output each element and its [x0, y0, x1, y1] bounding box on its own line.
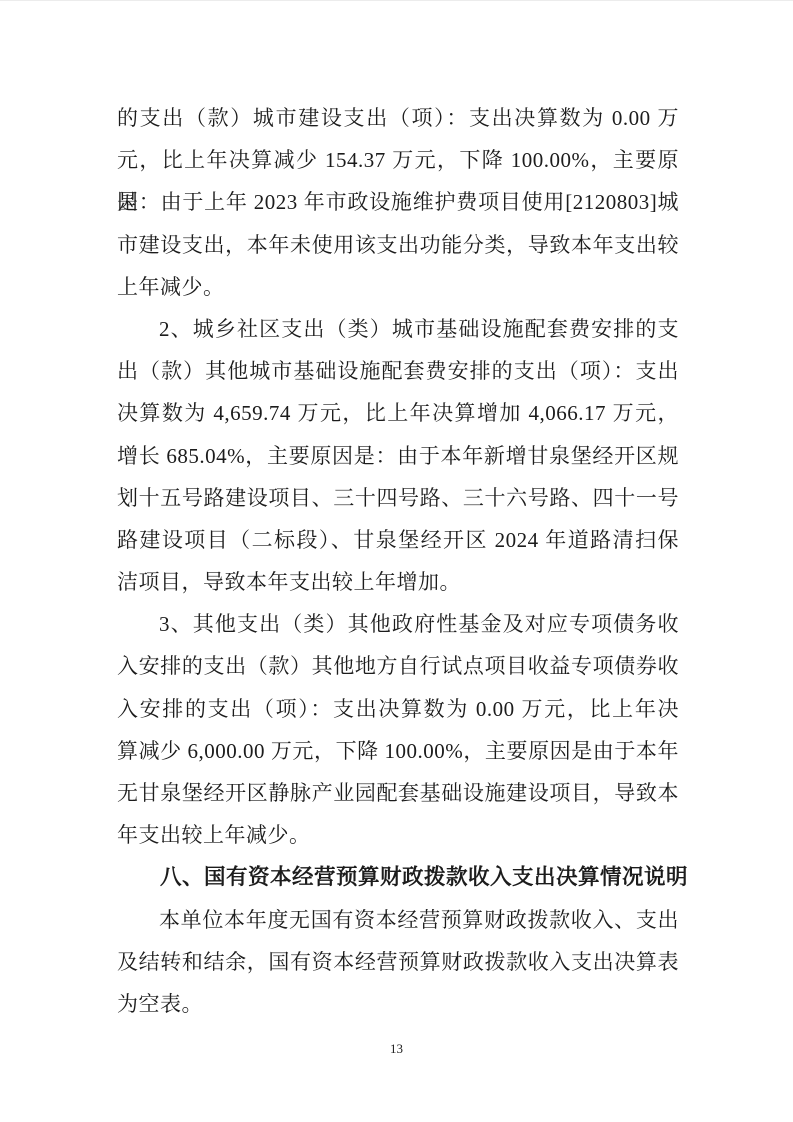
page-number: 13 — [0, 1041, 793, 1057]
text-line: 增长 685.04%，主要原因是：由于本年新增甘泉堡经开区规 — [117, 435, 679, 477]
text-line: 是：由于上年 2023 年市政设施维护费项目使用[2120803]城 — [117, 181, 679, 223]
paragraph-item-2: 2、城乡社区支出（类）城市基础设施配套费安排的支 出（款）其他城市基础设施配套费… — [117, 308, 679, 603]
text-line: 市建设支出，本年未使用该支出功能分类，导致本年支出较 — [117, 224, 679, 266]
document-page: 的支出（款）城市建设支出（项）：支出决算数为 0.00 万 元，比上年决算减少 … — [0, 0, 793, 1122]
text-line: 路建设项目（二标段）、甘泉堡经开区 2024 年道路清扫保 — [117, 519, 679, 561]
section-8: 八、国有资本经营预算财政拨款收入支出决算情况说明 — [117, 856, 679, 898]
text-line: 无甘泉堡经开区静脉产业园配套基础设施建设项目，导致本 — [117, 772, 679, 814]
section-heading: 八、国有资本经营预算财政拨款收入支出决算情况说明 — [117, 856, 679, 898]
text-line: 本单位本年度无国有资本经营预算财政拨款收入、支出 — [117, 899, 679, 941]
text-line: 洁项目，导致本年支出较上年增加。 — [117, 561, 679, 603]
text-line: 年支出较上年减少。 — [117, 814, 679, 856]
text-line: 为空表。 — [117, 983, 679, 1025]
text-line: 出（款）其他城市基础设施配套费安排的支出（项）：支出 — [117, 350, 679, 392]
text-line: 及结转和结余，国有资本经营预算财政拨款收入支出决算表 — [117, 941, 679, 983]
text-line: 上年减少。 — [117, 266, 679, 308]
text-line: 算减少 6,000.00 万元，下降 100.00%，主要原因是由于本年 — [117, 730, 679, 772]
text-line: 入安排的支出（款）其他地方自行试点项目收益专项债券收 — [117, 645, 679, 687]
text-line: 元，比上年决算减少 154.37 万元，下降 100.00%，主要原因 — [117, 139, 679, 181]
text-line: 划十五号路建设项目、三十四号路、三十六号路、四十一号 — [117, 477, 679, 519]
paragraph-section8-body: 本单位本年度无国有资本经营预算财政拨款收入、支出 及结转和结余，国有资本经营预算… — [117, 899, 679, 1026]
text-line: 2、城乡社区支出（类）城市基础设施配套费安排的支 — [117, 308, 679, 350]
text-line: 的支出（款）城市建设支出（项）：支出决算数为 0.00 万 — [117, 97, 679, 139]
text-line: 决算数为 4,659.74 万元，比上年决算增加 4,066.17 万元， — [117, 392, 679, 434]
text-line: 3、其他支出（类）其他政府性基金及对应专项债务收 — [117, 603, 679, 645]
paragraph-item-3: 3、其他支出（类）其他政府性基金及对应专项债务收 入安排的支出（款）其他地方自行… — [117, 603, 679, 856]
text-line: 入安排的支出（项）：支出决算数为 0.00 万元，比上年决 — [117, 688, 679, 730]
paragraph-continuation: 的支出（款）城市建设支出（项）：支出决算数为 0.00 万 元，比上年决算减少 … — [117, 97, 679, 308]
text-content: 的支出（款）城市建设支出（项）：支出决算数为 0.00 万 元，比上年决算减少 … — [117, 97, 679, 1025]
